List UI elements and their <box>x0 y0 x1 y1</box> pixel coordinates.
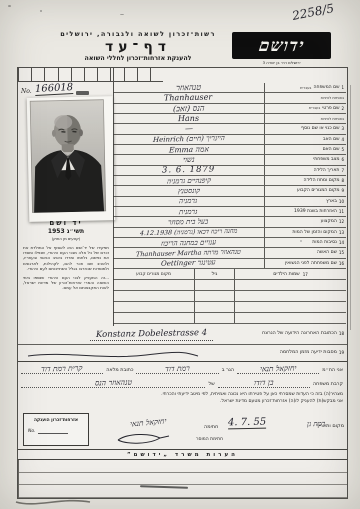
law-excerpt-note: (קטעים מן החוק) <box>21 236 111 241</box>
field-number: 18 <box>339 331 344 336</box>
field-sublabel: בעברית <box>300 86 311 90</box>
field-number: 7 <box>341 168 344 173</box>
field-value-handwritten: קונסטנץ <box>177 187 199 196</box>
field-value-handwritten: עטינגר Oettinger <box>161 259 216 268</box>
children-table-row <box>113 280 346 291</box>
yad-vashem-logo: ידושם <box>232 32 331 59</box>
field-row-1a: 1שם המשפחהבעברית טנהאוזר <box>113 83 346 93</box>
field-row-15: 15שם האשה טנהאוזר מרתה Thanhauser Martha <box>113 248 346 258</box>
field-rows: 1שם המשפחהבעברית טנהאוזר באותיות לטיניות… <box>113 83 346 269</box>
logo-address: ירושלים רח׳ בן יהודה 3 <box>232 60 331 65</box>
field-value-handwritten: Konstanz Dobelestrasse 4 <box>96 328 207 340</box>
field-label: שם משפחתה לפני הנשואין <box>285 261 337 266</box>
children-names-header: שמות הילדים <box>273 272 299 277</box>
relation-label: קרבת משפחה <box>313 381 343 388</box>
declarant-name-handwritten: יחזקאל תנאי <box>260 364 297 374</box>
field-value-handwritten: Thanhauser <box>164 93 212 102</box>
field-number: 6 <box>341 157 344 162</box>
scan-speckle <box>120 14 124 15</box>
children-age-header: גיל <box>194 269 234 279</box>
portrait-photo-image <box>30 99 106 213</box>
field-number: 4 <box>341 137 344 142</box>
field-label: שם האב <box>323 137 340 142</box>
field-number: 19 <box>339 350 344 355</box>
declaration-address-label: כתובת מלאה <box>106 367 133 374</box>
field-row-3: 3שם כנוי או שם נוסף — <box>113 124 346 134</box>
field-row-16: 16שם משפחתה לפני הנשואין עטינגר Oettinge… <box>113 259 346 269</box>
field-label: הכתובת האחרונה הידועה של הנרצח <box>262 331 337 336</box>
signature-handwritten: יחזקאל תנאי <box>130 416 167 428</box>
field-sublabel: באותיות לטיניות <box>321 96 344 100</box>
scan-speckle <box>8 5 11 7</box>
signature-label: חתימה <box>204 424 218 430</box>
office-notes-band: הערות משרד „ידושם” <box>18 449 347 460</box>
scan-speckle <box>40 10 42 12</box>
index-cell-strip <box>18 68 163 82</box>
submitter-signature-label: חתימת המוסר <box>196 437 223 442</box>
field-value-handwritten: טנהאוזר מרתה Thanhauser Martha <box>136 248 241 257</box>
pencil-curve <box>14 496 94 508</box>
field-row-2b: באותיות לטיניות Hans <box>113 114 346 124</box>
signature-flourish <box>114 432 172 446</box>
field-number: 1 <box>341 85 344 90</box>
field-label: מקום ומחוז הלידה <box>303 178 339 183</box>
children-residence-header: מקום מגורים קבוע <box>113 269 194 279</box>
field-label: האזרחות בשנת 1939 <box>294 209 337 214</box>
children-table-row <box>113 313 346 324</box>
field-label: תאריך הלידה <box>314 168 340 173</box>
form-header: רשות־זכרון לשואה ולגבורה, ירושלים דף־עד … <box>42 30 234 62</box>
field-number: 15 <box>339 250 344 255</box>
field-number: 12 <box>339 219 344 224</box>
field-value-handwritten: טנהאוזר <box>176 83 202 92</box>
field-label: מצב משפחתי <box>313 157 339 162</box>
field-value-handwritten: קיפנהיים גרמניה <box>166 176 210 185</box>
declaration-line-4: אני מבקש(ת) להעניק לו(ה) אזרחות־זכרון מט… <box>21 399 343 406</box>
field-number: 11 <box>339 209 344 214</box>
field-label: שם המשפחה <box>313 85 339 90</box>
field-row-11: 11האזרחות בשנת 1939 גרמנית <box>113 207 346 217</box>
form-title: דף־עד <box>42 39 234 55</box>
law-paragraph-2: ...זה המעניק לבני העם היהודי שנספו בימי … <box>23 275 109 291</box>
notes-column-right <box>183 460 347 498</box>
field-row-1b: באותיות לטיניות Thanhauser <box>113 93 346 103</box>
place-handwritten: רמת גן <box>307 420 326 428</box>
victim-name-handwritten: טנהאוזר הנס <box>94 378 132 388</box>
field-value-handwritten: ענויים במחנה הריכוז <box>161 238 217 247</box>
law-paragraph-1: תפקידו של יד־ושם הוא לאסוף אל המולדת את … <box>23 245 109 271</box>
field-number: 8 <box>341 178 344 183</box>
relation-handwritten: בן דודו <box>254 378 274 388</box>
field-sublabel: בעברית <box>309 106 320 110</box>
field-number: 13 <box>339 230 344 235</box>
field-value-handwritten: גרמניה <box>179 197 198 205</box>
notes-column-left <box>18 460 183 498</box>
field-label: שם פרטי <box>322 106 339 111</box>
war-circumstances-row: 19מסבות ידיעה מזמן המלחמה <box>18 345 347 362</box>
field-label: נסיבות המות <box>312 240 337 245</box>
field-number: 9 <box>341 188 344 193</box>
relation-of-label: של <box>208 381 214 388</box>
field-label: המקצוע <box>321 219 337 224</box>
field-number: 5 <box>341 147 344 152</box>
declaration-line-2: קרבת משפחה בן דודו של טנהאוזר הנס <box>21 378 343 388</box>
declaration-section: אני הח״מ יחזקאל תנאי הגר ב רמת דוד כתובת… <box>21 364 343 405</box>
authority-line: רשות־זכרון לשואה ולגבורה, ירושלים <box>42 30 234 38</box>
field-number: 16 <box>339 261 344 266</box>
declarant-address-handwritten: קרית רמת דוד <box>41 363 83 373</box>
registration-number: 166018 <box>34 82 73 96</box>
field-row-6: 6מצב משפחתי נשוי <box>113 155 346 165</box>
field-row-9: 9מקום המגורים הקבוע קונסטנץ <box>113 186 346 196</box>
field-value-handwritten: נשוי <box>182 155 194 164</box>
handwritten-dash <box>26 349 201 361</box>
field-value-handwritten: Hans <box>178 114 199 123</box>
registration-number-row: No. 166018 <box>21 83 111 95</box>
field-number: 14 <box>339 240 344 245</box>
field-row-5: 5שם האם אמה Emma <box>113 145 346 155</box>
field-row-7: 7תאריך הלידה 3. 6. 1879 <box>113 166 346 176</box>
field-value-handwritten: בעל בית מסחר <box>168 217 209 226</box>
field-number: 2 <box>341 106 344 111</box>
children-table-header: 17שמות הילדים גיל מקום מגורים קבוע <box>113 269 346 280</box>
field-label: שם האשה <box>317 250 337 255</box>
field-row-12: 12המקצוע בעל בית מסחר <box>113 217 346 227</box>
law-heading: יד ושם <box>21 219 111 227</box>
form-body: No. 166018 <box>17 67 348 499</box>
ink-smudge <box>76 91 89 95</box>
last-address-row: 18הכתובת האחרונה הידועה של הנרצח Konstan… <box>18 326 347 345</box>
children-table: 17שמות הילדים גיל מקום מגורים קבוע <box>113 269 346 324</box>
no-label: No. <box>21 88 32 95</box>
children-table-row <box>113 291 346 302</box>
field-value-handwritten: מחנה ריכוז דכאו (גרמניה) 4.12.1938 <box>140 228 238 237</box>
law-sidebar: יד ושם תשי״ג 1953 (קטעים מן החוק) תפקידו… <box>21 219 111 291</box>
field-value-handwritten: 3. 6. 1879 <box>162 166 215 175</box>
stamp-no-label: No. <box>28 429 36 434</box>
declaration-line-1: אני הח״מ יחזקאל תנאי הגר ב רמת דוד כתובת… <box>21 364 343 374</box>
stamp-number-line <box>38 429 68 434</box>
field-value-handwritten: גרמנית <box>179 207 198 215</box>
field-row-4: 4שם האב היינריך (חיים) Heinrich <box>113 135 346 145</box>
field-number: 10 <box>339 199 344 204</box>
field-row-14: 14נסיבות המות ענויים במחנה הריכוז <box>113 238 346 248</box>
law-year: תשי״ג 1953 <box>21 228 111 235</box>
field-sublabel: באותיות לטיניות <box>321 117 344 121</box>
field-number: 17 <box>303 272 308 277</box>
field-row-8: 8מקום ומחוז הלידה קיפנהיים גרמניה <box>113 176 346 186</box>
office-notes-grid <box>18 460 347 498</box>
scan-edge-line <box>350 85 351 330</box>
form-subtitle: להענקת אזרחות־זכרון לחללי השואה <box>42 55 234 62</box>
field-row-10: 10בארץ גרמניה <box>113 197 346 207</box>
field-number: 3 <box>341 126 344 131</box>
citizenship-stamp-box: אזרחות־זכרון הוענקה No. <box>23 413 89 446</box>
field-value-handwritten: היינריך (חיים) Heinrich <box>152 135 224 144</box>
declarant-city-handwritten: רמת דוד <box>165 364 190 374</box>
stamp-title: אזרחות־זכרון הוענקה <box>24 418 88 423</box>
portrait-photo <box>27 96 116 222</box>
field-value-handwritten: הנס (זאב) <box>172 104 204 113</box>
field-label: שם כנוי או שם נוסף <box>301 126 339 131</box>
page-of-testimony-scan: 2258/5 רשות־זכרון לשואה ולגבורה, ירושלים… <box>0 0 360 509</box>
field-label: בארץ <box>326 199 337 204</box>
yad-vashem-logo-text: ידושם <box>257 36 305 56</box>
field-value-handwritten: — <box>184 124 193 133</box>
field-row-13: 13המקום והזמן של המות מחנה ריכוז דכאו (ג… <box>113 228 346 238</box>
field-label: מסבות ידיעה מזמן המלחמה <box>280 350 337 355</box>
field-value-handwritten: אמה Emma <box>168 145 208 154</box>
children-table-row <box>113 302 346 313</box>
date-handwritten: 4. 7. 55 <box>228 417 266 430</box>
field-row-2a: 2שם פרטיבעברית הנס (זאב) <box>113 104 346 114</box>
field-label: שם האם <box>323 147 340 152</box>
declaration-undersigned-label: אני הח״מ <box>322 367 343 374</box>
declaration-residing-label: הגר ב <box>222 367 234 374</box>
field-label: המקום והזמן של המות <box>292 230 337 235</box>
field-label: מקום המגורים הקבוע <box>297 188 340 193</box>
archive-number-handwritten: 2258/5 <box>291 1 335 23</box>
